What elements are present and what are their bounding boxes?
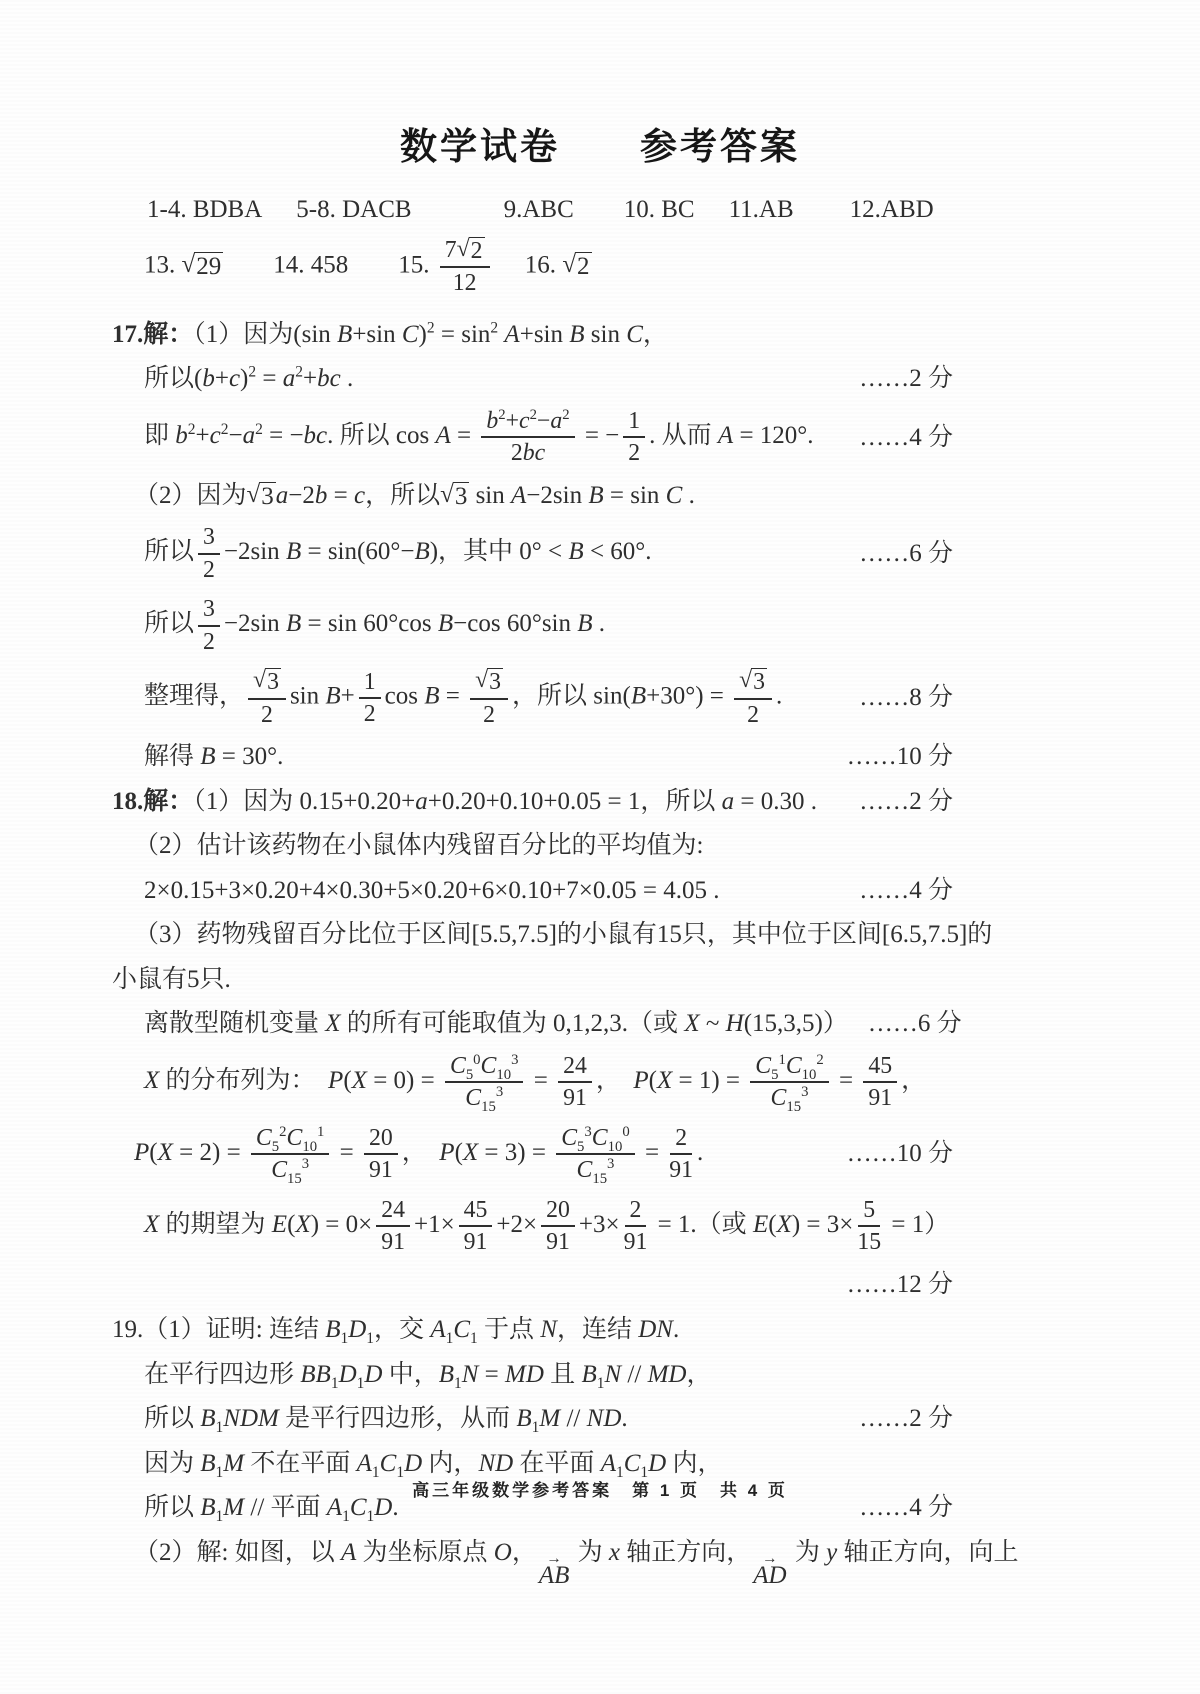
solution-line: 所以 B1NDM 是平行四边形，从而 B1M // ND.……2 分 [144, 1400, 1088, 1438]
line-content: （2）解: 如图，以 A 为坐标原点 O，→AB 为 x 轴正方向，→AD 为 … [134, 1534, 1018, 1589]
math-fraction: 32 [198, 595, 220, 656]
math-fraction: 12 [359, 668, 381, 729]
line-content: 解得 B = 30°. [144, 738, 283, 776]
score-marker: ……2 分 [839, 1400, 953, 1438]
solution-line: 18.解：（1）因为 0.15+0.20+a+0.20+0.10+0.05 = … [112, 783, 1088, 821]
solution-line: P(X = 2) = C52C101C153 = 2091， P(X = 3) … [134, 1122, 1088, 1187]
math-vector: →AB [539, 1555, 570, 1589]
score-marker: ……2 分 [839, 360, 953, 398]
math-radical: √29 [182, 252, 224, 282]
solution-line: 所以(b+c)2 = a2+bc .……2 分 [144, 360, 1088, 398]
choice-answers-row: 1-4. BDBA5-8. DACB9.ABC10. BC11.AB12.ABD [112, 196, 1088, 224]
solution-line: 所以32−2sin B = sin 60°cos B−cos 60°sin B … [144, 593, 1088, 658]
math-radical: √3 [739, 668, 767, 696]
line-content: （2）估计该药物在小鼠体内残留百分比的平均值为: [134, 827, 703, 865]
solution-line: （2）估计该药物在小鼠体内残留百分比的平均值为: [134, 827, 1088, 865]
math-fraction: 515 [857, 1196, 881, 1257]
math-fraction: 7√212 [440, 236, 490, 298]
choice-answer-item: 1-4. BDBA [147, 196, 262, 224]
math-fraction: C50C103C153 [445, 1052, 523, 1113]
solution-line: 解得 B = 30°.……10 分 [144, 738, 1088, 776]
score-marker: ……8 分 [839, 679, 953, 717]
score-marker: ……6 分 [848, 1005, 962, 1043]
choice-answer-item: 5-8. DACB [296, 196, 411, 224]
math-radical: √3 [440, 482, 469, 512]
solution-line: 在平行四边形 BB1D1D 中，B1N = MD 且 B1N // MD， [144, 1356, 1088, 1394]
line-content: P(X = 2) = C52C101C153 = 2091， P(X = 3) … [134, 1122, 703, 1187]
math-radical: √3 [247, 482, 276, 512]
score-marker: ……2 分 [839, 783, 953, 821]
math-fraction: 32 [198, 523, 220, 584]
math-fraction: √32 [248, 667, 286, 729]
line-content: （2）因为√3a−2b = c，所以√3 sin A−2sin B = sin … [134, 477, 695, 515]
solution-line: ……12 分 [112, 1266, 1088, 1304]
math-fraction: 4591 [459, 1196, 493, 1257]
math-fraction: C52C101C153 [251, 1124, 329, 1185]
math-radical: √2 [457, 237, 485, 265]
score-marker: ……4 分 [839, 419, 953, 457]
solution-line: 离散型随机变量 X 的所有可能取值为 0,1,2,3.（或 X ~ H(15,3… [144, 1005, 1088, 1043]
line-content: X 的期望为 E(X) = 0×2491+1×4591+2×2091+3×291… [144, 1194, 949, 1259]
math-radical: √3 [475, 668, 503, 696]
solution-line: X 的分布列为： P(X = 0) = C50C103C153 = 2491， … [144, 1050, 1088, 1115]
math-radical: √3 [253, 668, 281, 696]
math-fraction: √32 [734, 667, 772, 729]
solution-line: 整理得，√32sin B+12cos B = √32，所以 sin(B+30°)… [144, 665, 1088, 731]
math-fraction: 2491 [376, 1196, 410, 1257]
page-title: 数学试卷 参考答案 [112, 116, 1088, 170]
math-fraction: C51C102C153 [750, 1052, 828, 1113]
line-content: 即 b2+c2−a2 = −bc. 所以 cos A = b2+c2−a22bc… [144, 405, 814, 470]
math-fraction: C53C100C153 [556, 1124, 634, 1185]
line-content: 在平行四边形 BB1D1D 中，B1N = MD 且 B1N // MD， [144, 1356, 711, 1394]
math-fraction: 2091 [541, 1196, 575, 1257]
document-page: 数学试卷 参考答案 1-4. BDBA5-8. DACB9.ABC10. BC1… [0, 0, 1200, 1694]
solution-line: 小鼠有5只. [112, 961, 1088, 999]
math-fraction: √32 [470, 667, 508, 729]
math-fraction: 291 [669, 1124, 693, 1185]
math-vector: →AD [753, 1555, 786, 1589]
math-fraction: 4591 [863, 1052, 897, 1113]
solution-lines: 13. √29 14. 458 15. 7√212 16. √217.解：（1）… [112, 234, 1088, 1588]
page-footer: 高三年级数学参考答案 第 1 页 共 4 页 [0, 1476, 1200, 1501]
line-content: 小鼠有5只. [112, 961, 231, 999]
math-fraction: b2+c2−a22bc [481, 407, 574, 468]
solution-line: 所以32−2sin B = sin(60°−B)，其中 0° < B < 60°… [144, 521, 1088, 586]
score-marker: ……10 分 [827, 1135, 953, 1173]
solution-line: 2×0.15+3×0.20+4×0.30+5×0.20+6×0.10+7×0.0… [144, 872, 1088, 910]
line-content: X 的分布列为： P(X = 0) = C50C103C153 = 2491， … [144, 1050, 926, 1115]
math-fraction: 12 [623, 407, 645, 468]
math-fraction: 2091 [364, 1124, 398, 1185]
solution-line: （2）因为√3a−2b = c，所以√3 sin A−2sin B = sin … [134, 477, 1088, 515]
line-content: 19.（1）证明: 连结 B1D1，交 A1C1 于点 N，连结 DN. [112, 1311, 679, 1349]
choice-answer-item: 12.ABD [850, 196, 934, 224]
score-marker: ……4 分 [839, 872, 953, 910]
line-content: （3）药物残留百分比位于区间[5.5,7.5]的小鼠有15只，其中位于区间[6.… [134, 916, 992, 954]
line-content: 18.解：（1）因为 0.15+0.20+a+0.20+0.10+0.05 = … [112, 783, 817, 821]
solution-line: （2）解: 如图，以 A 为坐标原点 O，→AB 为 x 轴正方向，→AD 为 … [134, 1534, 1088, 1589]
line-content: 所以32−2sin B = sin(60°−B)，其中 0° < B < 60°… [144, 521, 652, 586]
solution-line: 即 b2+c2−a2 = −bc. 所以 cos A = b2+c2−a22bc… [144, 405, 1088, 470]
line-content: 2×0.15+3×0.20+4×0.30+5×0.20+6×0.10+7×0.0… [144, 872, 719, 910]
choice-answer-item: 10. BC [624, 196, 695, 224]
line-content: 13. √29 14. 458 15. 7√212 16. √2 [144, 234, 592, 300]
line-content: 所以 B1NDM 是平行四边形，从而 B1M // ND. [144, 1400, 628, 1438]
solution-line: 17.解：（1）因为(sin B+sin C)2 = sin2 A+sin B … [112, 316, 1088, 354]
solution-line: 19.（1）证明: 连结 B1D1，交 A1C1 于点 N，连结 DN. [112, 1311, 1088, 1349]
line-content: 整理得，√32sin B+12cos B = √32，所以 sin(B+30°)… [144, 665, 782, 731]
solution-line: X 的期望为 E(X) = 0×2491+1×4591+2×2091+3×291… [144, 1194, 1088, 1259]
choice-answer-item: 9.ABC [504, 196, 574, 224]
math-radical: √2 [562, 252, 591, 282]
solution-line: （3）药物残留百分比位于区间[5.5,7.5]的小鼠有15只，其中位于区间[6.… [134, 916, 1088, 954]
line-content: 离散型随机变量 X 的所有可能取值为 0,1,2,3.（或 X ~ H(15,3… [144, 1005, 848, 1043]
math-fraction: 2491 [558, 1052, 592, 1113]
line-content: 所以32−2sin B = sin 60°cos B−cos 60°sin B … [144, 593, 605, 658]
line-content: 17.解：（1）因为(sin B+sin C)2 = sin2 A+sin B … [112, 316, 668, 354]
score-marker: ……6 分 [839, 535, 953, 573]
line-content: 所以(b+c)2 = a2+bc . [144, 360, 353, 398]
score-marker: ……12 分 [827, 1266, 953, 1304]
score-marker: ……10 分 [827, 738, 953, 776]
math-fraction: 291 [624, 1196, 648, 1257]
solution-line: 13. √29 14. 458 15. 7√212 16. √2 [144, 234, 1088, 300]
choice-answer-item: 11.AB [729, 196, 794, 224]
